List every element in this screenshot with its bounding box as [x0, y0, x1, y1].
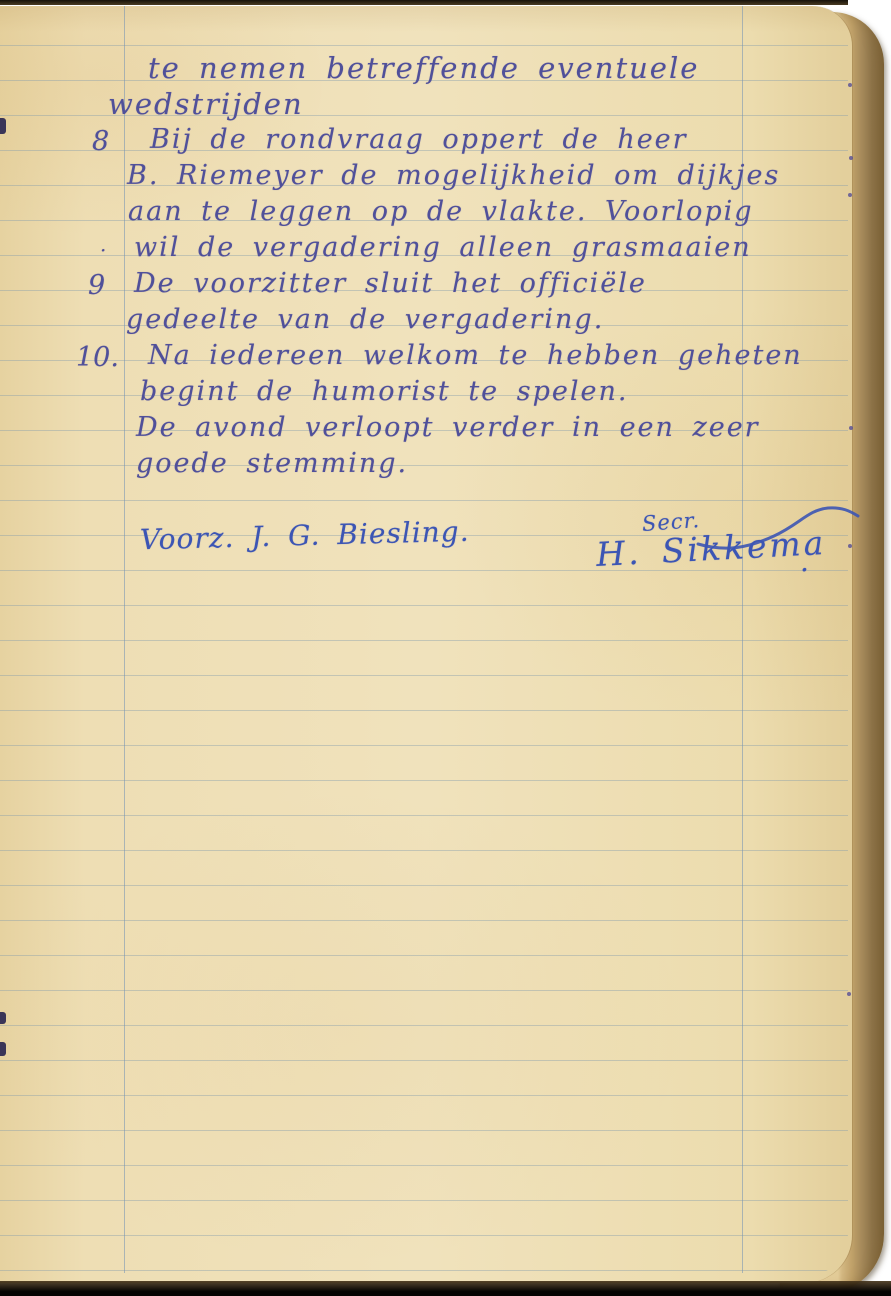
text-line: begint de humorist te spelen.: [140, 376, 628, 408]
ink-bleed-mark: [0, 1042, 6, 1056]
signature-end-dot: .: [800, 546, 810, 578]
text-line: goede stemming.: [136, 448, 408, 480]
scanned-notebook-page: te nemen betreffende eventuele wedstrijd…: [0, 0, 891, 1296]
ink-dot: [849, 426, 853, 430]
text-line: te nemen betreffende eventuele: [148, 52, 699, 84]
text-line: gedeelte van de vergadering.: [126, 304, 604, 336]
text-line: wedstrijden: [108, 88, 304, 120]
text-line: B. Riemeyer de mogelijkheid om dijkjes: [127, 160, 780, 192]
ink-dot: [848, 193, 852, 197]
ruled-lines: [0, 45, 848, 1277]
pen-mark: ·: [100, 234, 108, 266]
item-number: 10.: [76, 342, 119, 374]
ink-dot: [847, 992, 851, 996]
text-line: wil de vergadering alleen grasmaaien: [134, 232, 752, 264]
ink-dot: [848, 83, 852, 87]
ink-bleed-mark: [0, 1012, 6, 1024]
item-number: 8: [92, 126, 109, 158]
text-line: De avond verloopt verder in een zeer: [136, 412, 760, 444]
ink-dot: [849, 156, 853, 160]
notebook-page: te nemen betreffende eventuele wedstrijd…: [0, 6, 852, 1283]
ink-bleed-mark: [0, 118, 6, 134]
text-line: Na iedereen welkom te hebben geheten: [148, 340, 803, 372]
signature-flourish: [696, 502, 861, 554]
scan-bottom-shadow: [0, 1281, 891, 1296]
item-number: 9: [88, 270, 105, 302]
text-line: De voorzitter sluit het officiële: [134, 268, 647, 300]
text-line: aan te leggen op de vlakte. Voorlopig: [128, 196, 754, 228]
text-line: Bij de rondvraag oppert de heer: [150, 124, 688, 156]
left-margin-line: [124, 6, 125, 1273]
scan-top-edge: [0, 0, 848, 5]
ink-dot: [848, 544, 852, 548]
